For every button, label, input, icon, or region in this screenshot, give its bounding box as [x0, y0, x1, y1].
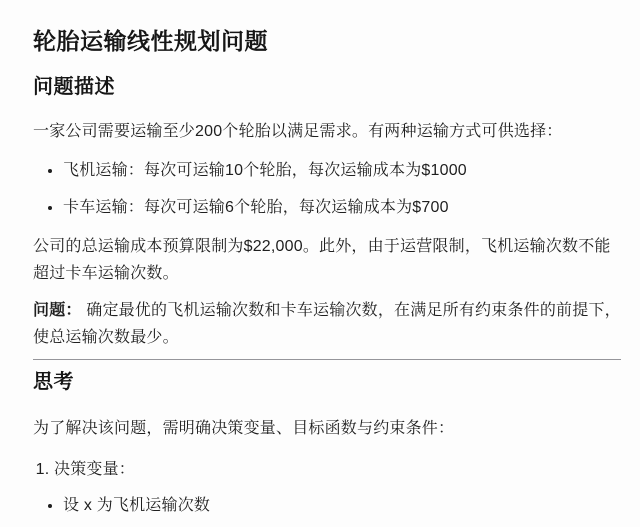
list-item-decision-variables: 决策变量： [54, 456, 621, 483]
section-divider [33, 359, 621, 360]
constraints-paragraph: 公司的总运输成本预算限制为$22,000。此外，由于运营限制，飞机运输次数不能超… [33, 233, 621, 287]
list-item-airplane-transport: 飞机运输：每次可运输10个轮胎，每次运输成本为$1000 [63, 157, 621, 184]
list-item-variable-x: 设 x 为飞机运输次数 [63, 492, 621, 519]
section-heading-thinking: 思考 [33, 370, 621, 395]
document-page: 轮胎运输线性规划问题 问题描述 一家公司需要运输至少200个轮胎以满足需求。有两… [0, 0, 640, 527]
list-item-truck-transport: 卡车运输：每次可运输6个轮胎，每次运输成本为$700 [63, 194, 621, 221]
transport-options-list: 飞机运输：每次可运输10个轮胎，每次运输成本为$1000 卡车运输：每次可运输6… [33, 157, 621, 221]
section-heading-problem-description: 问题描述 [33, 75, 621, 100]
problem-intro-paragraph: 一家公司需要运输至少200个轮胎以满足需求。有两种运输方式可供选择： [33, 118, 621, 145]
page-title: 轮胎运输线性规划问题 [33, 27, 621, 55]
solution-steps-list: 决策变量： [33, 456, 621, 483]
decision-variables-list: 设 x 为飞机运输次数 [33, 492, 621, 519]
thinking-intro-paragraph: 为了解决该问题，需明确决策变量、目标函数与约束条件： [33, 415, 621, 442]
question-text: 确定最优的飞机运输次数和卡车运输次数，在满足所有约束条件的前提下，使总运输次数最… [33, 302, 621, 346]
question-paragraph: 问题： 确定最优的飞机运输次数和卡车运输次数，在满足所有约束条件的前提下，使总运… [33, 297, 621, 351]
question-label: 问题： [33, 302, 82, 319]
